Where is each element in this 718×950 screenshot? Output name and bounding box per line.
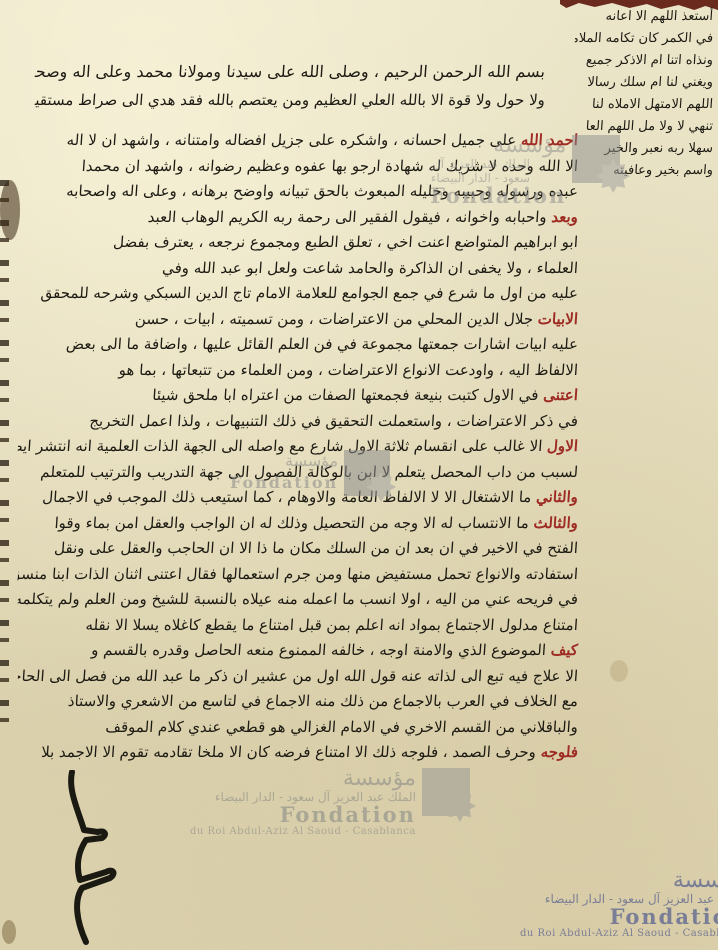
manuscript-line: وبعد واحبابه واخوانه ، فيقول الفقير الى … <box>17 207 578 227</box>
watermark-arabic-title: مؤسسة <box>230 450 338 472</box>
watermark-logo <box>572 135 620 183</box>
manuscript-line: عليه ابيات اشارات جمعتها مجموعة في فن ال… <box>17 334 578 354</box>
line-text: امتناع مدلول الاجتماع بمواد انه اعلم بمن… <box>85 616 579 634</box>
watermark-logo <box>422 768 470 816</box>
margin-note-line: في الكمر كان تكامه الملامه <box>574 28 714 50</box>
margin-note-line: ونذاه اتنا ام الاذكر جميع <box>574 50 714 72</box>
watermark-french-title: Fondation <box>230 472 338 494</box>
line-text: في ذكر الاعتراضات ، واستعملت التحقيق في … <box>89 412 579 430</box>
watermark-bottom-right: مؤسسة الملك عبد العزيز آل سعود - الدار ا… <box>520 870 718 939</box>
watermark-french-subtitle: du Roi Abdul-Aziz Al Saoud - Casablanca <box>520 928 718 939</box>
rubric-heading: فلوجه <box>540 743 578 761</box>
manuscript-line: الفتح في الاخير في ان بعد ان من السلك مك… <box>17 538 578 558</box>
line-text: عليه ابيات اشارات جمعتها مجموعة في فن ال… <box>65 335 578 353</box>
watermark-top: مؤسسة الملك عبد العزيز آل سعود - الدار ا… <box>430 135 620 207</box>
margin-note-line: أستعذ اللهم الا اعانه <box>574 6 714 28</box>
stain-left-bottom <box>2 920 16 944</box>
basmala-line: بسم الله الرحمن الرحيم ، وصلى الله على س… <box>34 62 545 82</box>
rubric-heading: كيف <box>550 641 578 659</box>
manuscript-line: استفادته والانواع تحمل مستفيض منها ومن ج… <box>17 564 578 584</box>
watermark-arabic-title: مؤسسة <box>520 870 718 892</box>
watermark-french-subtitle: du Roi Abdul-Aziz Al Saoud - Casablanca <box>190 826 416 837</box>
folio-number-mark <box>58 770 128 945</box>
rubric-heading: وبعد <box>551 208 579 226</box>
manuscript-line: فلوجه وحرف الصمد ، فلوجه ذلك الا امتناع … <box>17 742 578 762</box>
manuscript-line: العلماء ، ولا يخفى ان الذاكرة والحامد شا… <box>17 258 578 278</box>
line-text: الالفاظ اليه ، واودعت الانواع الاعتراضات… <box>118 361 578 379</box>
rubric-heading: الاول <box>546 437 578 455</box>
manuscript-line: ابو ابراهيم المتواضع اعنت اخي ، تعلق الط… <box>17 232 578 252</box>
line-text: استفادته والانواع تحمل مستفيض منها ومن ج… <box>17 565 578 583</box>
line-text: العلماء ، ولا يخفى ان الذاكرة والحامد شا… <box>162 259 579 277</box>
watermark-logo <box>344 450 390 496</box>
header-second-line: ولا حول ولا قوة الا بالله العلي العظيم و… <box>34 90 545 110</box>
margin-note-line: اللهم الامتهل الاملاه لنا <box>574 94 714 116</box>
line-text: جلال الدين المحلي من الاعتراضات ، ومن تس… <box>134 310 533 328</box>
torn-edge-left <box>0 180 9 740</box>
manuscript-line: الابيات جلال الدين المحلي من الاعتراضات … <box>17 309 578 329</box>
watermark-arabic-title: مؤسسة <box>430 135 566 157</box>
rubric-heading: اعتنى <box>543 386 579 404</box>
manuscript-line: الالفاظ اليه ، واودعت الانواع الاعتراضات… <box>17 360 578 380</box>
watermark-french-title: Fondation <box>520 906 718 928</box>
manuscript-line: في ذكر الاعتراضات ، واستعملت التحقيق في … <box>17 411 578 431</box>
line-text: الموضوع الذي والامنة اوجه ، خالفه الممنو… <box>91 641 547 659</box>
manuscript-line: كيف الموضوع الذي والامنة اوجه ، خالفه ال… <box>17 640 578 660</box>
manuscript-line: امتناع مدلول الاجتماع بمواد انه اعلم بمن… <box>17 615 578 635</box>
margin-note-line: ويغني لنا ام سلك رسالا <box>574 72 714 94</box>
manuscript-line: عليه من اول ما شرع في جمع الجوامع للعلام… <box>17 283 578 303</box>
manuscript-line: في فريحه عني من اليه ، اولا انسب ما اعمل… <box>17 589 578 609</box>
line-text: الفتح في الاخير في ان بعد ان من السلك مك… <box>54 539 579 557</box>
stain-right <box>610 660 628 682</box>
line-text: ابو ابراهيم المتواضع اعنت اخي ، تعلق الط… <box>113 233 579 251</box>
line-text: وحرف الصمد ، فلوجه ذلك الا امتناع فرضه ك… <box>41 743 537 761</box>
rubric-heading: الابيات <box>537 310 578 328</box>
line-text: في فريحه عني من اليه ، اولا انسب ما اعمل… <box>17 590 578 608</box>
manuscript-line: مع الخلاف في العرب بالاجماع من ذلك منه ا… <box>17 691 578 711</box>
line-text: ما الانتساب له الا وجه من التحصيل وذلك ل… <box>54 514 529 532</box>
manuscript-line: اعتنى في الاول كتبت بنيعة فجمعتها الصفات… <box>17 385 578 405</box>
watermark-french-title: Fondation <box>190 804 416 826</box>
stain-left-top <box>0 180 20 240</box>
watermark-lower: مؤسسة الملك عبد العزيز آل سعود - الدار ا… <box>190 768 470 837</box>
line-text: واحبابه واخوانه ، فيقول الفقير الى رحمة … <box>147 208 547 226</box>
manuscript-page: أستعذ اللهم الا اعانه في الكمر كان تكامه… <box>0 0 718 950</box>
manuscript-line: والثالث ما الانتساب له الا وجه من التحصي… <box>17 513 578 533</box>
line-text: عليه من اول ما شرع في جمع الجوامع للعلام… <box>40 284 578 302</box>
line-text: والباقلاني من القسم الاخري في الامام الغ… <box>105 718 579 736</box>
watermark-french-title: Fondation <box>430 185 566 207</box>
watermark-middle: مؤسسة Fondation <box>230 450 390 496</box>
watermark-arabic-title: مؤسسة <box>190 768 416 790</box>
watermark-arabic-subtitle: الملك عبد العزيز آل سعود - الدار البيضاء <box>430 157 530 185</box>
rubric-heading: والثاني <box>536 488 579 506</box>
line-text: مع الخلاف في العرب بالاجماع من ذلك منه ا… <box>67 692 578 710</box>
logo-star-icon <box>366 472 396 502</box>
rubric-heading: والثالث <box>533 514 579 532</box>
manuscript-line: والباقلاني من القسم الاخري في الامام الغ… <box>17 717 578 737</box>
line-text: في الاول كتبت بنيعة فجمعتها الصفات من اع… <box>152 386 539 404</box>
manuscript-line: الا علاج فيه تبع الى لذاته عنه قول الله … <box>17 666 578 686</box>
line-text: الا علاج فيه تبع الى لذاته عنه قول الله … <box>17 667 578 685</box>
